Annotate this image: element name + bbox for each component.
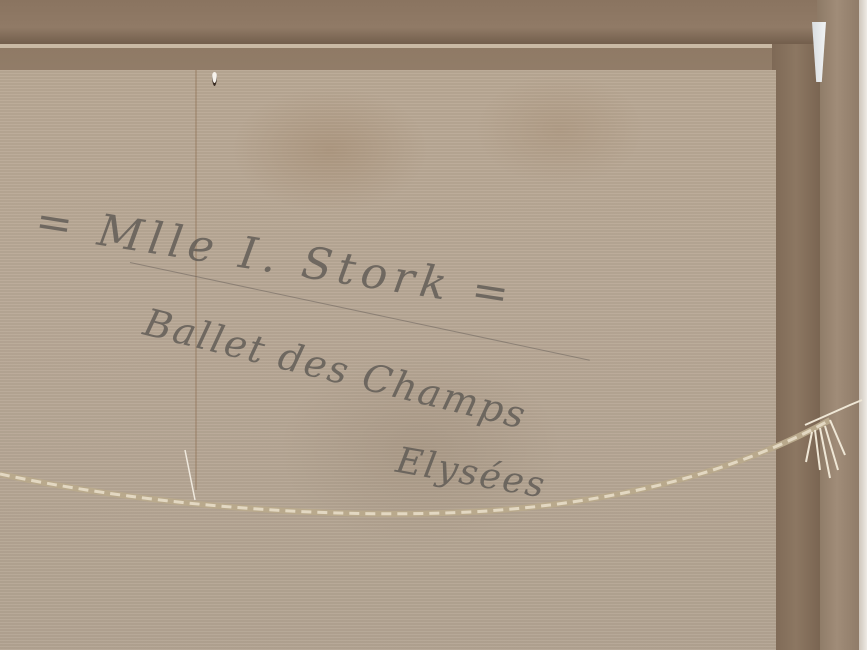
paper-crease [195,70,197,490]
frame-top-edge [0,0,867,46]
frame-outer-highlight [859,0,867,650]
framed-artwork-back: = Mlle I. Stork = Ballet des Champs Elys… [0,0,867,650]
tape-border-right [772,44,820,650]
